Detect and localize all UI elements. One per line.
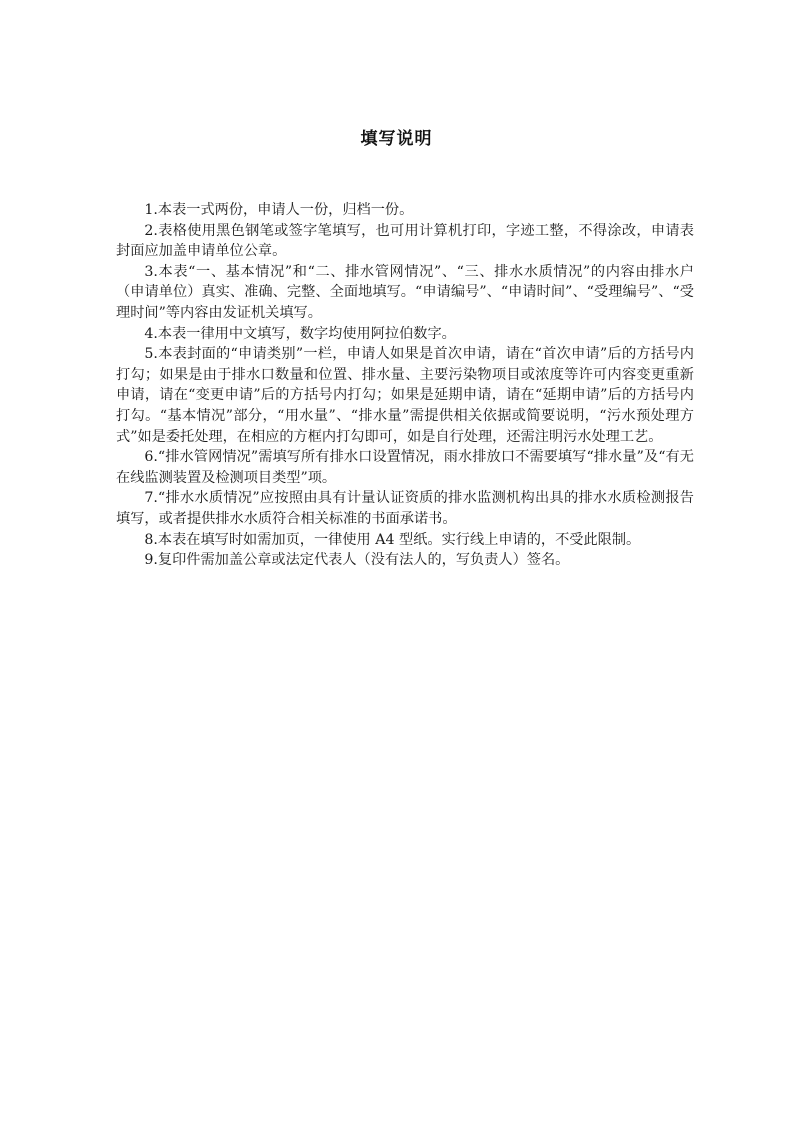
instruction-item-4: 4.本表一律用中文填写，数字均使用阿拉伯数字。 [116, 324, 694, 345]
instruction-item-9: 9.复印件需加盖公章或法定代表人（没有法人的，写负责人）签名。 [116, 550, 694, 571]
instruction-item-2: 2.表格使用黑色钢笔或签字笔填写，也可用计算机打印，字迹工整，不得涂改，申请表封… [116, 221, 694, 262]
instruction-item-1: 1.本表一式两份，申请人一份，归档一份。 [116, 200, 694, 221]
instruction-item-6: 6.“排水管网情况”需填写所有排水口设置情况，雨水排放口不需要填写“排水量”及“… [116, 447, 694, 488]
instruction-item-5: 5.本表封面的“申请类别”一栏，申请人如果是首次申请，请在“首次申请”后的方括号… [116, 344, 694, 447]
instructions-body: 1.本表一式两份，申请人一份，归档一份。 2.表格使用黑色钢笔或签字笔填写，也可… [116, 200, 694, 571]
document-page: 填写说明 1.本表一式两份，申请人一份，归档一份。 2.表格使用黑色钢笔或签字笔… [0, 0, 793, 1122]
instruction-item-7: 7.“排水水质情况”应按照由具有计量认证资质的排水监测机构出具的排水水质检测报告… [116, 488, 694, 529]
instruction-item-8: 8.本表在填写时如需加页，一律使用 A4 型纸。实行线上申请的，不受此限制。 [116, 530, 694, 551]
page-title: 填写说明 [0, 124, 793, 149]
instruction-item-3: 3.本表“一、基本情况”和“二、排水管网情况”、“三、排水水质情况”的内容由排水… [116, 262, 694, 324]
